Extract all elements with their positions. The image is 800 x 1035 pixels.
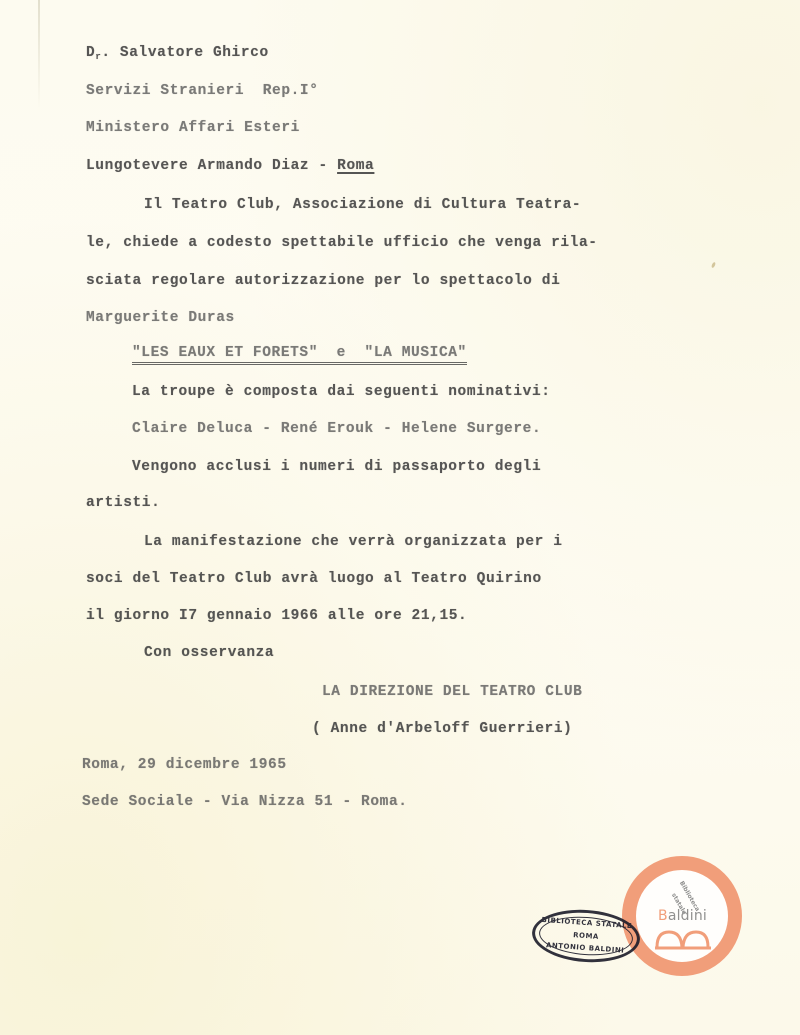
logo-name-initial: B <box>658 908 668 924</box>
recipient-ministry: Ministero Affari Esteri <box>86 120 300 136</box>
body-line: Vengono acclusi i numeri di passaporto d… <box>132 459 541 475</box>
recipient-name-text: . Salvatore Ghirco <box>101 45 268 61</box>
body-line: soci del Teatro Club avrà luogo al Teatr… <box>86 571 542 587</box>
body-line: La manifestazione che verrà organizzata … <box>144 534 563 550</box>
body-line: La troupe è composta dai seguenti nomina… <box>132 384 551 400</box>
body-line: sciata regolare autorizzazione per lo sp… <box>86 273 560 289</box>
closing: Con osservanza <box>144 645 274 661</box>
paper-fold-mark <box>38 0 40 110</box>
recipient-name: Dr. Salvatore Ghirco <box>86 45 269 62</box>
signature-organization: LA DIREZIONE DEL TEATRO CLUB <box>322 684 582 700</box>
logo-name: Baldini <box>658 908 707 924</box>
recipient-address: Lungotevere Armando Diaz - Roma <box>86 158 374 174</box>
letter-date: Roma, 29 dicembre 1965 <box>82 757 287 773</box>
body-line: artisti. <box>86 495 160 511</box>
show-titles-text: "LES EAUX ET FORETS" e "LA MUSICA" <box>132 345 467 365</box>
signature-name: ( Anne d'Arbeloff Guerrieri) <box>312 721 572 737</box>
body-line: le, chiede a codesto spettabile ufficio … <box>86 235 598 251</box>
body-line-author: Marguerite Duras <box>86 310 235 326</box>
recipient-title-prefix: D <box>86 45 95 61</box>
recipient-city: Roma <box>337 158 374 174</box>
troupe-names: Claire Deluca - René Erouk - Helene Surg… <box>132 421 541 437</box>
body-line-date: il giorno I7 gennaio 1966 alle ore 21,15… <box>86 608 467 624</box>
logo-name-rest: aldini <box>668 908 707 924</box>
show-titles: "LES EAUX ET FORETS" e "LA MUSICA" <box>132 345 467 361</box>
recipient-department: Servizi Stranieri Rep.I° <box>86 83 319 99</box>
library-logo: Biblioteca statale Baldini <box>622 856 742 976</box>
open-book-icon <box>654 928 712 950</box>
recipient-street: Lungotevere Armando Diaz - <box>86 158 337 174</box>
body-line: Il Teatro Club, Associazione di Cultura … <box>144 197 581 213</box>
headquarters-address: Sede Sociale - Via Nizza 51 - Roma. <box>82 794 408 810</box>
